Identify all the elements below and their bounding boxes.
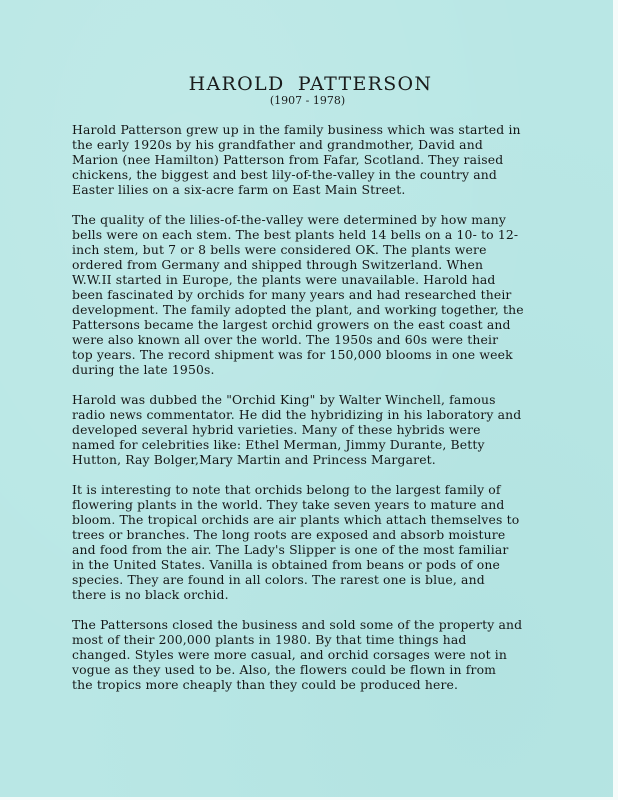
text-line: Marion (nee Hamilton) Patterson from Faf… bbox=[72, 152, 572, 167]
text-line: trees or branches. The long roots are ex… bbox=[72, 527, 572, 542]
document-body: Harold Patterson grew up in the family b… bbox=[72, 122, 572, 707]
paragraph-lilies-and-orchids: The quality of the lilies-of-the-valley … bbox=[72, 212, 572, 377]
text-line: during the late 1950s. bbox=[72, 362, 572, 377]
text-line: changed. Styles were more casual, and or… bbox=[72, 647, 572, 662]
text-line: flowering plants in the world. They take… bbox=[72, 497, 572, 512]
text-line: The Pattersons closed the business and s… bbox=[72, 617, 572, 632]
paragraph-family-business: Harold Patterson grew up in the family b… bbox=[72, 122, 572, 197]
document-page: HAROLD PATTERSON (1907 - 1978) Harold Pa… bbox=[0, 0, 613, 797]
paragraph-orchid-king: Harold was dubbed the "Orchid King" by W… bbox=[72, 392, 572, 467]
text-line: Hutton, Ray Bolger,Mary Martin and Princ… bbox=[72, 452, 572, 467]
text-line: Pattersons became the largest orchid gro… bbox=[72, 317, 572, 332]
paragraph-business-closed: The Pattersons closed the business and s… bbox=[72, 617, 572, 692]
text-line: named for celebrities like: Ethel Merman… bbox=[72, 437, 572, 452]
text-line: The quality of the lilies-of-the-valley … bbox=[72, 212, 572, 227]
text-line: Easter lilies on a six-acre farm on East… bbox=[72, 182, 572, 197]
text-line: radio news commentator. He did the hybri… bbox=[72, 407, 572, 422]
text-line: Harold Patterson grew up in the family b… bbox=[72, 122, 572, 137]
text-line: inch stem, but 7 or 8 bells were conside… bbox=[72, 242, 572, 257]
text-line: development. The family adopted the plan… bbox=[72, 302, 572, 317]
life-dates: (1907 - 1978) bbox=[1, 94, 614, 107]
text-line: were also known all over the world. The … bbox=[72, 332, 572, 347]
text-line: there is no black orchid. bbox=[72, 587, 572, 602]
text-line: and food from the air. The Lady's Slippe… bbox=[72, 542, 572, 557]
text-line: It is interesting to note that orchids b… bbox=[72, 482, 572, 497]
text-line: the early 1920s by his grandfather and g… bbox=[72, 137, 572, 152]
text-line: bells were on each stem. The best plants… bbox=[72, 227, 572, 242]
text-line: chickens, the biggest and best lily-of-t… bbox=[72, 167, 572, 182]
paragraph-orchid-facts: It is interesting to note that orchids b… bbox=[72, 482, 572, 602]
text-line: Harold was dubbed the "Orchid King" by W… bbox=[72, 392, 572, 407]
text-line: bloom. The tropical orchids are air plan… bbox=[72, 512, 572, 527]
text-line: the tropics more cheaply than they could… bbox=[72, 677, 572, 692]
text-line: most of their 200,000 plants in 1980. By… bbox=[72, 632, 572, 647]
document-title: HAROLD PATTERSON bbox=[4, 73, 617, 95]
text-line: top years. The record shipment was for 1… bbox=[72, 347, 572, 362]
text-line: developed several hybrid varieties. Many… bbox=[72, 422, 572, 437]
text-line: ordered from Germany and shipped through… bbox=[72, 257, 572, 272]
text-line: vogue as they used to be. Also, the flow… bbox=[72, 662, 572, 677]
text-line: been fascinated by orchids for many year… bbox=[72, 287, 572, 302]
text-line: species. They are found in all colors. T… bbox=[72, 572, 572, 587]
text-line: W.W.II started in Europe, the plants wer… bbox=[72, 272, 572, 287]
text-line: in the United States. Vanilla is obtaine… bbox=[72, 557, 572, 572]
